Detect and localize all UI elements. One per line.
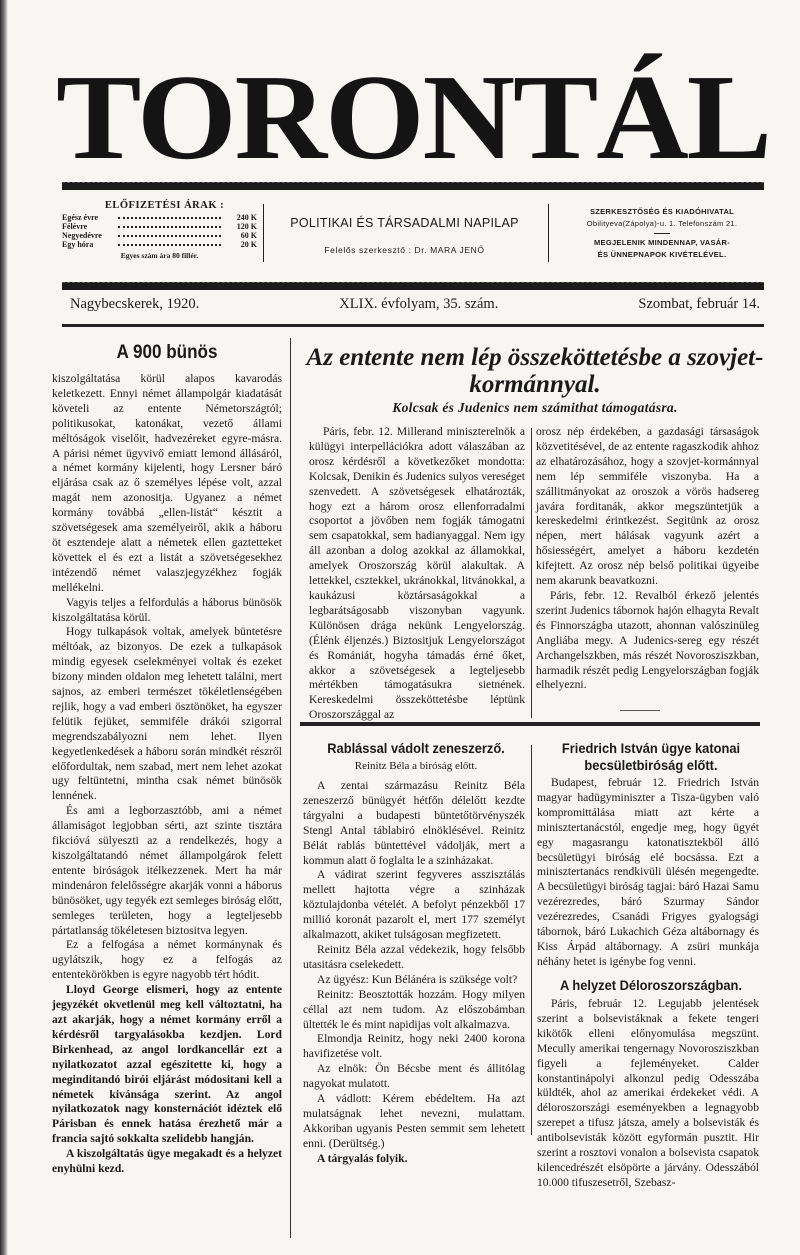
article-subheadline-reinitz: Reinitz Béla a biróság előtt. [303,760,529,772]
article-headline-bunos: A 900 bünös [64,342,271,364]
column-divider [290,338,291,1238]
volume-number: XLIX. évfolyam, 35. szám. [339,296,498,313]
column-divider [531,745,532,1135]
newspaper-page: TORONTÁL ELŐFIZETÉSI ÁRAK : Egész évre24… [0,0,800,1255]
price-row: Egy hóra20 K [62,240,257,249]
column-divider [531,428,532,718]
section-rule [300,722,760,726]
price-row: Félévre120 K [62,222,257,231]
price-row: Egész évre240 K [62,213,257,222]
article-subheadline-entente: Kolcsak és Judenics nem számithat támoga… [300,400,770,416]
info-rule [62,282,764,290]
article-body-bunos: kiszolgáltatása körül alapos kavarodás k… [52,372,282,1177]
article-headline-entente: Az entente nem lép összeköttetésbe a szo… [300,344,770,398]
paper-subtitle: POLITIKAI ÉS TÁRSADALMI NAPILAP [272,216,537,230]
masthead-rule-top [62,182,764,190]
article-headline-reinitz: Rablással vádolt zeneszerző. [312,740,520,756]
single-issue-price: Egyes szám ára 80 fillér. [62,251,257,260]
masthead-title: TORONTÁL [44,58,781,178]
end-mark [620,710,660,711]
price-row: Negyedévre60 K [62,231,257,240]
dateline-rule [62,324,764,327]
office-info: SZERKESZTŐSÉG ÉS KIADÓHIVATAL Obilityeva… [562,206,762,261]
scan-edge-shadow [0,0,8,1255]
subscription-prices: ELŐFIZETÉSI ÁRAK : Egész évre240 K Félév… [62,200,257,260]
dateline: Nagybecskerek, 1920. XLIX. évfolyam, 35.… [70,296,760,313]
info-bar: ELŐFIZETÉSI ÁRAK : Egész évre240 K Félév… [62,200,764,278]
article-headline-deloroszorszag: A helyzet Déloroszországban. [549,977,753,993]
article-body-entente-col1: Páris, febr. 12. Millerand miniszterelnö… [309,425,525,723]
issue-date: Szombat, február 14. [638,296,760,313]
editor-credit: Felelős szerkesztő : Dr. MARA JENŐ [272,245,537,255]
article-headline-friedrich: Friedrich István ügye katonai becsületbi… [549,740,753,774]
place-year: Nagybecskerek, 1920. [70,296,199,313]
article-body-reinitz: A zentai származásu Reinitz Béla zenesze… [303,779,525,1167]
divider [263,204,264,262]
divider [548,204,549,262]
article-body-entente-col2: orosz nép érdekében, a gazdasági társasá… [536,425,759,693]
article-body-deloroszorszag: Páris, február 12. Legujabb jelentések s… [537,997,759,1191]
article-body-friedrich: Budapest, február 12. Friedrich István m… [537,776,759,970]
prices-title: ELŐFIZETÉSI ÁRAK : [62,200,257,211]
